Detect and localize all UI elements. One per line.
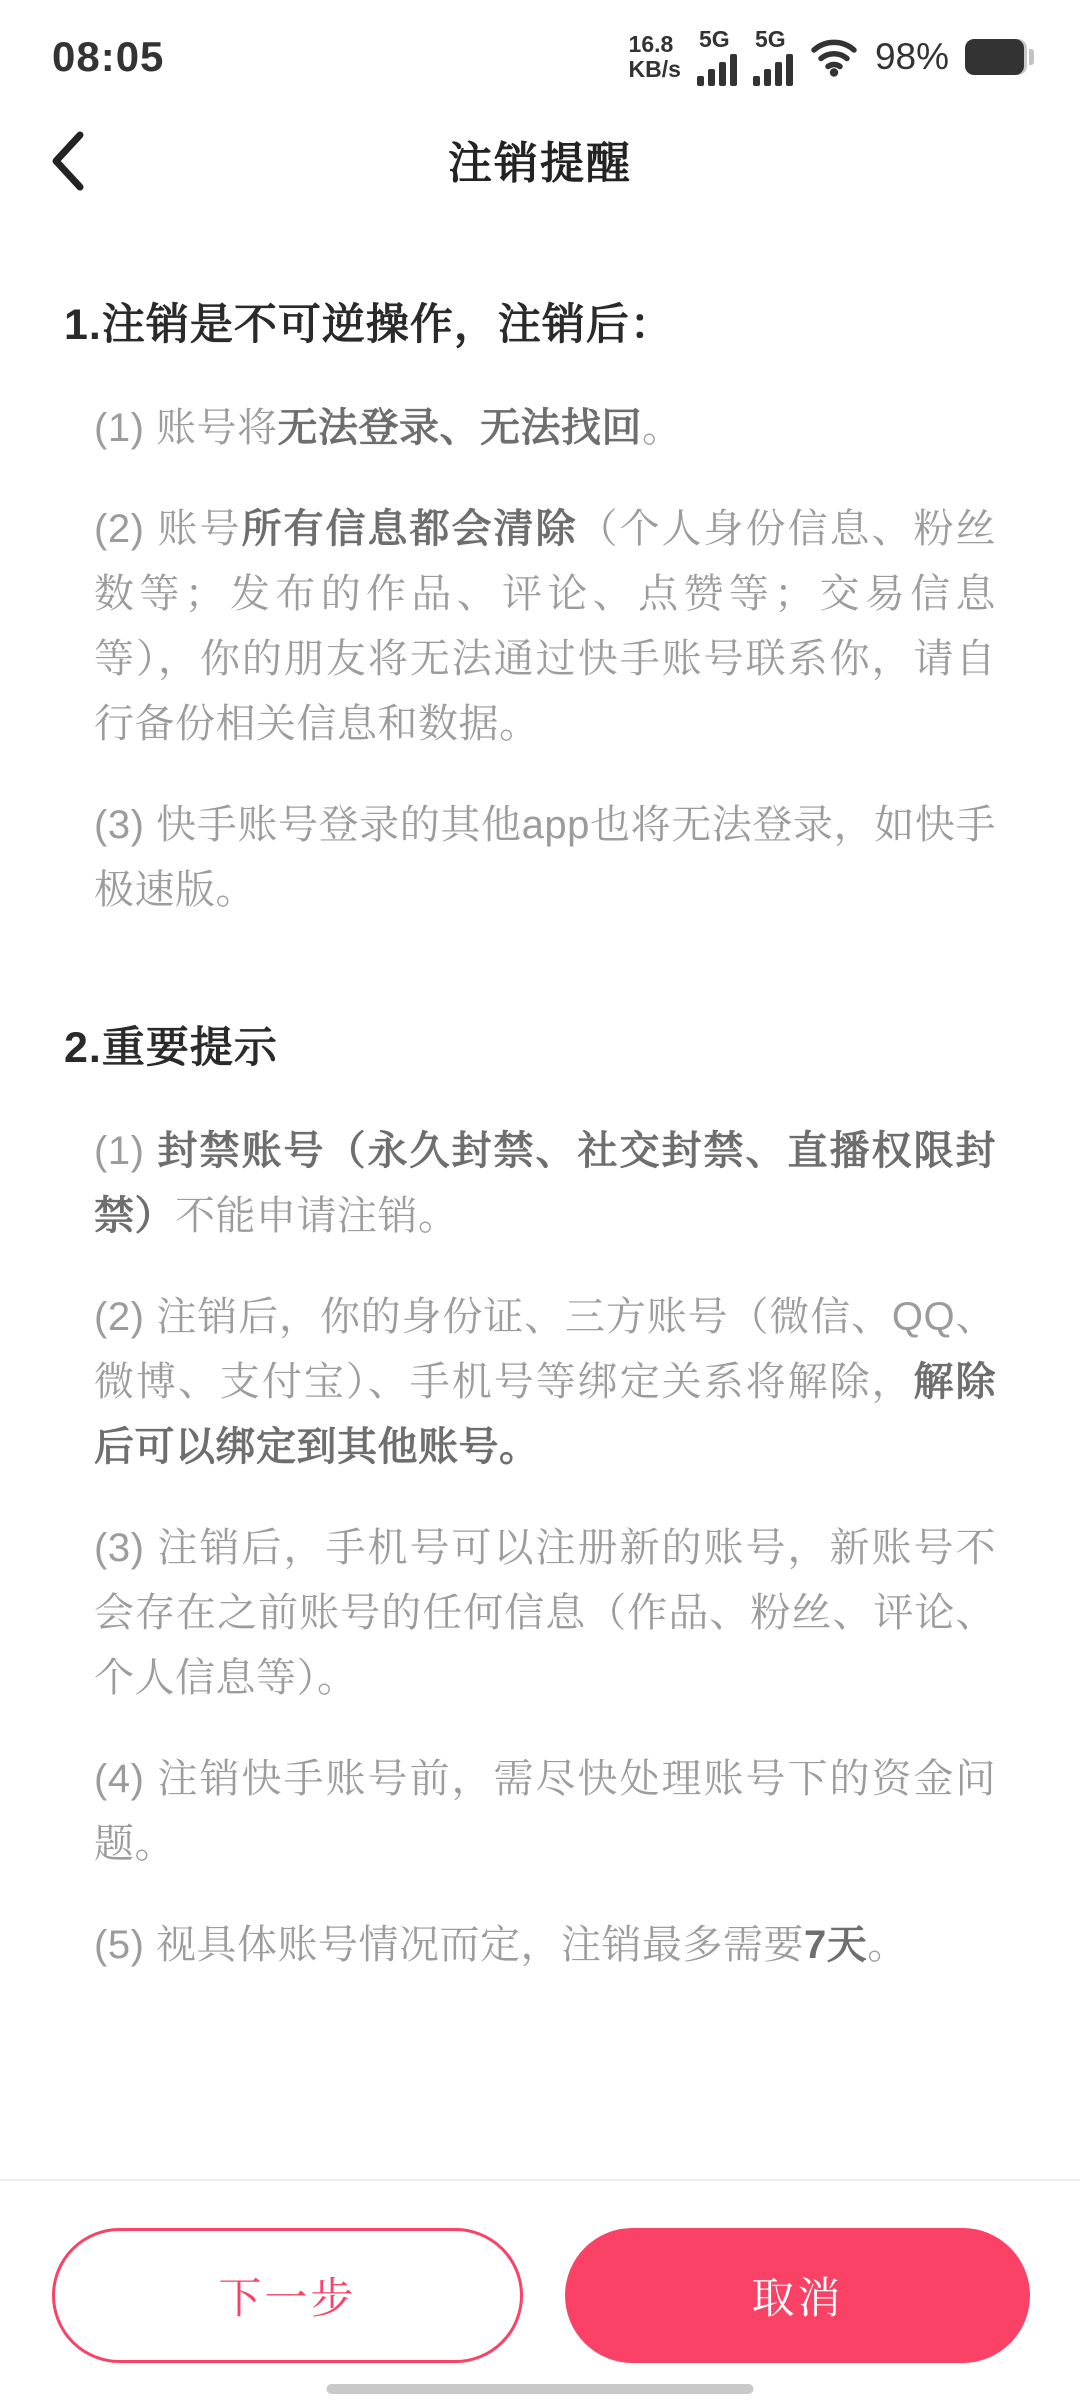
next-step-button[interactable]: 下一步 [52,2228,523,2363]
signal-bars-icon [753,54,793,86]
signal-bars-icon [697,54,737,86]
sim1-network-type: 5G [699,28,730,51]
status-bar: 08:05 16.8 KB/s 5G 5G 98% [0,0,1080,104]
list-item: (1) 封禁账号（永久封禁、社交封禁、直播权限封禁）不能申请注销。 [94,1119,996,1249]
battery-icon [965,39,1034,75]
footer-divider [0,2179,1080,2181]
list-item: (2) 注销后，你的身份证、三方账号（微信、QQ、微博、支付宝）、手机号等绑定关… [94,1285,996,1480]
list-item: (5) 视具体账号情况而定，注销最多需要7天。 [94,1913,996,1978]
section-heading: 2.重要提示 [64,1021,996,1077]
page-title: 注销提醒 [0,127,1080,191]
notice-content: 1.注销是不可逆操作，注销后：(1) 账号将无法登录、无法找回。(2) 账号所有… [64,298,996,2014]
nav-bar: 注销提醒 [0,104,1080,214]
battery-percent: 98% [875,36,949,78]
network-speed-unit: KB/s [629,57,681,82]
list-item: (2) 账号所有信息都会清除（个人身份信息、粉丝数等；发布的作品、评论、点赞等；… [94,497,996,757]
cancel-button[interactable]: 取消 [565,2228,1030,2363]
list-item: (3) 注销后，手机号可以注册新的账号，新账号不会存在之前账号的任何信息（作品、… [94,1516,996,1711]
section-heading: 1.注销是不可逆操作，注销后： [64,298,996,354]
signal-sim1-icon: 5G [697,28,737,86]
list-item: (1) 账号将无法登录、无法找回。 [94,396,996,461]
network-speed-value: 16.8 [629,32,681,57]
signal-sim2-icon: 5G [753,28,793,86]
section: 1.注销是不可逆操作，注销后：(1) 账号将无法登录、无法找回。(2) 账号所有… [64,298,996,923]
list-item: (4) 注销快手账号前，需尽快处理账号下的资金问题。 [94,1747,996,1877]
footer-buttons: 下一步 取消 [52,2228,1030,2363]
wifi-icon [809,37,859,77]
clock: 08:05 [52,33,164,81]
network-speed: 16.8 KB/s [629,32,681,82]
list-item: (3) 快手账号登录的其他app也将无法登录，如快手极速版。 [94,793,996,923]
status-icons: 16.8 KB/s 5G 5G 98% [629,28,1034,86]
home-indicator[interactable] [327,2384,754,2394]
section: 2.重要提示(1) 封禁账号（永久封禁、社交封禁、直播权限封禁）不能申请注销。(… [64,1021,996,1978]
sim2-network-type: 5G [755,28,786,51]
